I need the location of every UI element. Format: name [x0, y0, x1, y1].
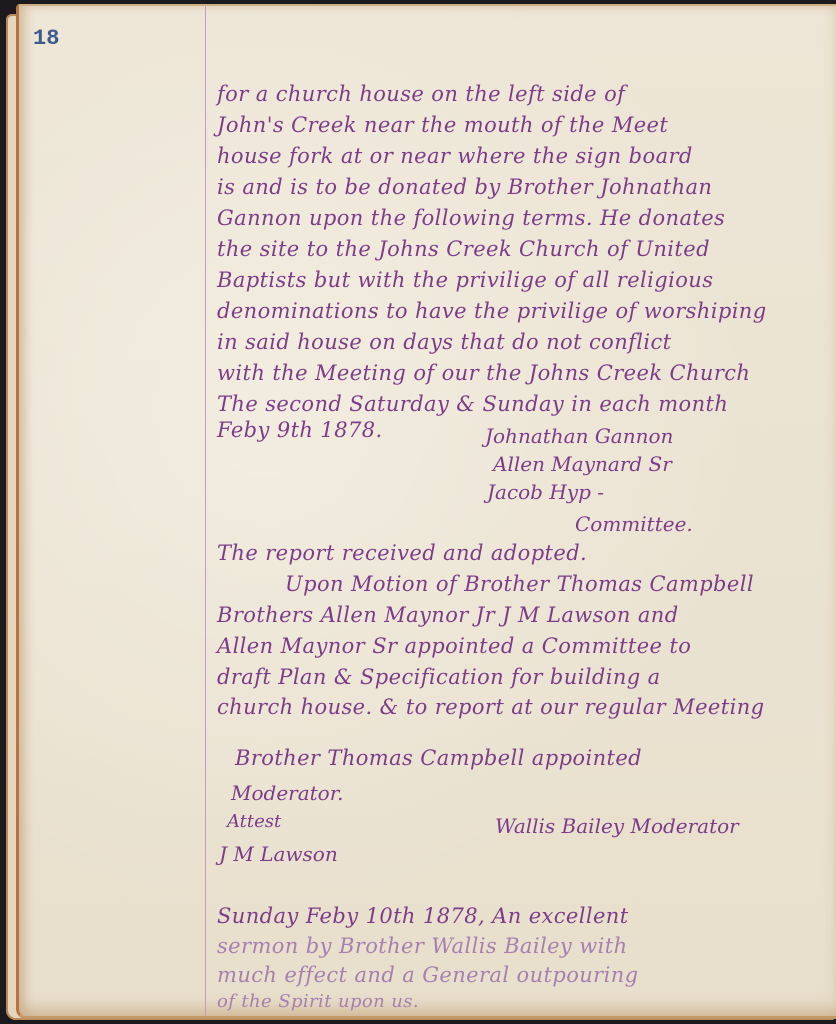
text-line: Baptists but with the privilige of all r… — [217, 268, 713, 292]
text-line: is and is to be donated by Brother Johna… — [217, 175, 712, 199]
text-line: Allen Maynor Sr appointed a Committee to — [217, 634, 691, 658]
text-line: The report received and adopted. — [217, 541, 587, 565]
handwritten-minutes: for a church house on the left side of J… — [205, 6, 830, 1016]
text-line: denominations to have the privilige of w… — [217, 299, 767, 323]
text-line: for a church house on the left side of — [217, 82, 625, 106]
text-line: the site to the Johns Creek Church of Un… — [217, 237, 710, 261]
committee-label: Committee. — [575, 512, 693, 536]
page-number: 18 — [33, 26, 59, 51]
scanned-ledger-page: 18 for a church house on the left side o… — [0, 0, 836, 1024]
committee-signer: Johnathan Gannon — [485, 424, 673, 448]
text-line: Sunday Feby 10th 1878, An excellent — [217, 904, 629, 928]
committee-signer: Jacob Hyp - — [487, 480, 604, 504]
text-line: Upon Motion of Brother Thomas Campbell — [285, 572, 754, 596]
ledger-page: 18 for a church house on the left side o… — [16, 4, 836, 1019]
text-line: draft Plan & Specification for building … — [217, 665, 661, 689]
text-line: Brother Thomas Campbell appointed — [235, 746, 642, 770]
text-line: house fork at or near where the sign boa… — [217, 144, 693, 168]
text-line: much effect and a General outpouring — [217, 963, 638, 987]
text-line: John's Creek near the mouth of the Meet — [217, 113, 668, 137]
text-line: Gannon upon the following terms. He dona… — [217, 206, 725, 230]
text-line: in said house on days that do not confli… — [217, 330, 672, 354]
text-line: sermon by Brother Wallis Bailey with — [217, 934, 628, 958]
text-line: The second Saturday & Sunday in each mon… — [217, 392, 728, 416]
date-line: Feby 9th 1878. — [217, 418, 383, 442]
text-line: church house. & to report at our regular… — [217, 695, 764, 719]
text-line: of the Spirit upon us. — [217, 991, 419, 1012]
text-line: Brothers Allen Maynor Jr J M Lawson and — [217, 603, 679, 627]
moderator-signature: Wallis Bailey Moderator — [495, 814, 739, 838]
text-line: with the Meeting of our the Johns Creek … — [217, 361, 750, 385]
attest-label: Attest — [227, 811, 281, 832]
text-line: Moderator. — [231, 781, 343, 805]
committee-signer: Allen Maynard Sr — [493, 452, 672, 476]
clerk-signature: J M Lawson — [219, 842, 338, 866]
